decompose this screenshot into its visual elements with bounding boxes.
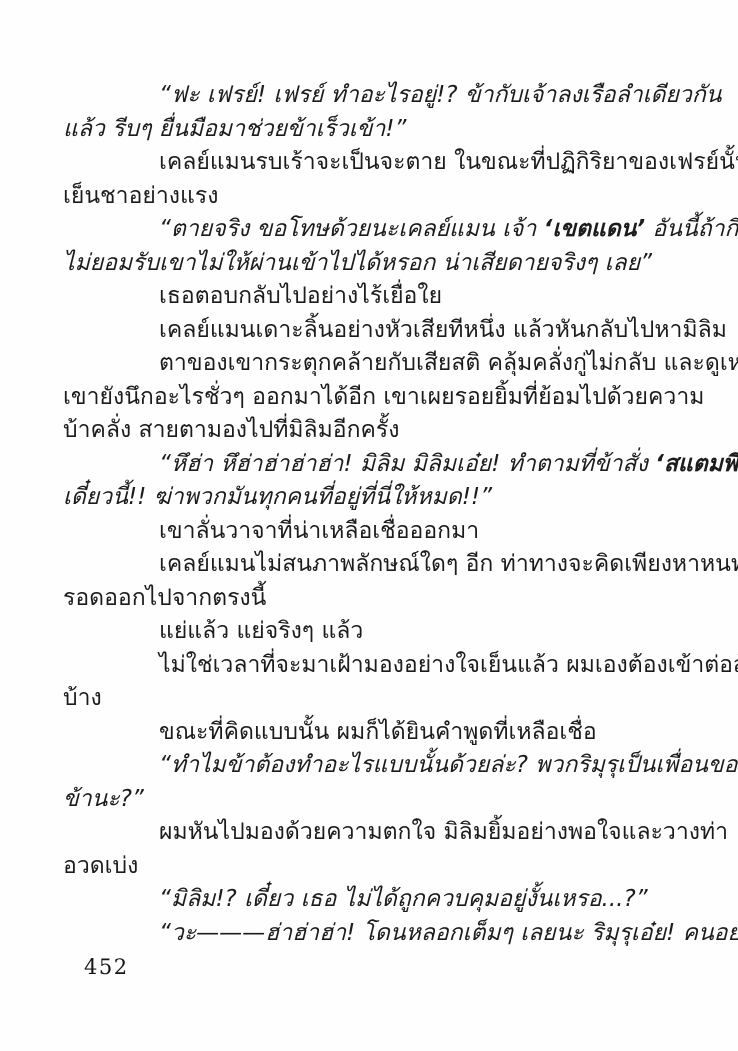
- text-line: บ้าคลั่ง สายตามองไปที่มิลิมอีกครั้ง: [63, 414, 679, 448]
- text-line: เขายังนึกอะไรชั่วๆ ออกมาได้อีก เขาเผยรอย…: [63, 381, 679, 415]
- text-line: เดี๋ยวนี้!! ฆ่าพวกมันทุกคนที่อยู่ที่นี่ใ…: [63, 481, 679, 515]
- text-line: ไม่ใช่เวลาที่จะมาเฝ้ามองอย่างใจเย็นแล้ว …: [63, 649, 679, 683]
- text-line: อวดเบ่ง: [63, 850, 679, 884]
- text-line: เขาลั่นวาจาที่น่าเหลือเชื่อออกมา: [63, 515, 679, 549]
- text-line: ผมหันไปมองด้วยความตกใจ มิลิมยิ้มอย่างพอใ…: [63, 816, 679, 850]
- text-line: “ทำไมข้าต้องทำอะไรแบบนั้นด้วยล่ะ? พวกริม…: [63, 749, 679, 783]
- text-line: เคลย์แมนเดาะลิ้นอย่างหัวเสียทีหนึ่ง แล้ว…: [63, 314, 679, 348]
- text-line: เธอตอบกลับไปอย่างไร้เยื่อใย: [63, 280, 679, 314]
- text-line: “มิลิม!? เดี๋ยว เธอ ไม่ได้ถูกควบคุมอยู่ง…: [63, 883, 679, 917]
- text-line: ขณะที่คิดแบบนั้น ผมก็ได้ยินคำพูดที่เหลือ…: [63, 716, 679, 750]
- text-line: เย็นชาอย่างแรง: [63, 180, 679, 214]
- text-line: ตาของเขากระตุกคล้ายกับเสียสติ คลุ้มคลั่ง…: [63, 347, 679, 381]
- text-line: เคลย์แมนไม่สนภาพลักษณ์ใดๆ อีก ท่าทางจะคิ…: [63, 548, 679, 582]
- text-line: “ฟะ เฟรย์! เฟรย์ ทำอะไรอยู่!? ข้ากับเจ้า…: [63, 79, 679, 113]
- text-line: บ้าง: [63, 682, 679, 716]
- text-line: รอดออกไปจากตรงนี้: [63, 582, 679, 616]
- page-text: “ฟะ เฟรย์! เฟรย์ ทำอะไรอยู่!? ข้ากับเจ้า…: [63, 79, 679, 950]
- text-line: “วะ———ฮ่าฮ่าฮ่า! โดนหลอกเต็มๆ เลยนะ ริมุ…: [63, 917, 679, 951]
- book-page: “ฟะ เฟรย์! เฟรย์ ทำอะไรอยู่!? ข้ากับเจ้า…: [0, 0, 738, 1051]
- text-line: เคลย์แมนรบเร้าจะเป็นจะตาย ในขณะที่ปฏิกิร…: [63, 146, 679, 180]
- text-line: แล้ว รีบๆ ยื่นมือมาช่วยข้าเร็วเข้า!”: [63, 113, 679, 147]
- text-line: “หึฮ่า หึฮ่าฮ่าฮ่าฮ่า! มิลิม มิลิมเอ๋ย! …: [63, 448, 679, 482]
- text-line: ไม่ยอมรับเขาไม่ให้ผ่านเข้าไปได้หรอก น่าเ…: [63, 247, 679, 281]
- page-number: 452: [84, 955, 129, 979]
- text-line: แย่แล้ว แย่จริงๆ แล้ว: [63, 615, 679, 649]
- text-line: “ตายจริง ขอโทษด้วยนะเคลย์แมน เจ้า ‘เขตแด…: [63, 213, 679, 247]
- text-line: ข้านะ?”: [63, 783, 679, 817]
